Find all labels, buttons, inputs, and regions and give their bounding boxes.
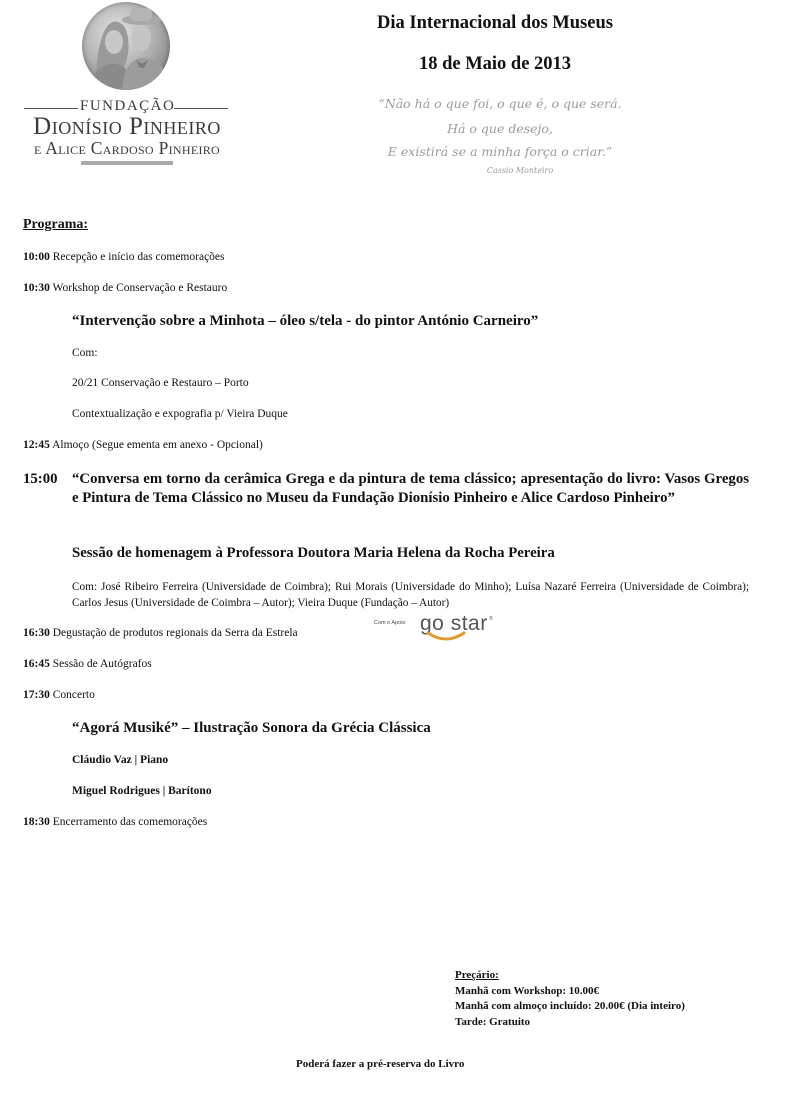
item-time: 10:00 [23, 251, 50, 263]
item-time: 16:30 [23, 627, 50, 639]
logo-underline-bar [81, 161, 173, 165]
logo-rule-left [24, 108, 78, 109]
workshop-title: “Intervenção sobre a Minhota – óleo s/te… [72, 313, 538, 330]
concert-performer: Cláudio Vaz | Piano [72, 754, 168, 766]
event-date: 18 de Maio de 2013 [330, 54, 660, 75]
smile-logo-icon [426, 631, 466, 643]
item-time: 12:45 [23, 439, 50, 451]
sponsor-label: Com o Apoio [374, 620, 406, 626]
item-time: 18:30 [23, 816, 50, 828]
item-text: Concerto [53, 689, 95, 701]
talk-time: 15:00 [23, 470, 58, 489]
pricing-block: Preçário: Manhã com Workshop: 10.00€ Man… [455, 968, 685, 1030]
talk-participants: Com: José Ribeiro Ferreira (Universidade… [72, 579, 749, 611]
concert-title: “Agorá Musiké” – Ilustração Sonora da Gr… [72, 720, 431, 737]
registered-mark: ® [489, 616, 493, 622]
item-time: 17:30 [23, 689, 50, 701]
pricing-line: Manhã com almoço incluído: 20.00€ (Dia i… [455, 999, 685, 1015]
workshop-partner: 20/21 Conservação e Restauro – Porto [72, 377, 249, 389]
program-item: 17:30 Concerto [23, 689, 95, 701]
item-text: Recepção e início das comemorações [53, 251, 225, 263]
quote-author: Cassio Monteiro [480, 166, 560, 175]
logo-rule-right [174, 108, 228, 109]
program-item: 18:30 Encerramento das comemorações [23, 816, 207, 828]
workshop-com-label: Com: [72, 347, 98, 359]
concert-performer: Miguel Rodrigues | Barítono [72, 785, 212, 797]
program-item: 10:30 Workshop de Conservação e Restauro [23, 282, 227, 294]
program-item: 10:00 Recepção e início das comemorações [23, 251, 225, 263]
book-preorder-note: Poderá fazer a pré-reserva do Livro [296, 1058, 464, 1070]
item-text: Encerramento das comemorações [53, 816, 208, 828]
talk-item: 15:00 “Conversa em torno da cerâmica Gre… [23, 470, 749, 507]
logo-name-line1: Dionísio Pinheiro [20, 113, 234, 141]
item-text: Almoço (Segue ementa em anexo - Opcional… [52, 439, 263, 451]
program-heading: Programa: [23, 217, 88, 233]
pricing-heading: Preçário: [455, 968, 685, 984]
pricing-line: Tarde: Gratuito [455, 1015, 685, 1031]
homage-session: Sessão de homenagem à Professora Doutora… [72, 545, 555, 562]
page-title: Dia Internacional dos Museus [330, 13, 660, 34]
item-time: 10:30 [23, 282, 50, 294]
medallion-logo-icon [82, 2, 170, 90]
talk-text: “Conversa em torno da cerâmica Grega e d… [72, 470, 749, 507]
portrait-medallion-icon [82, 2, 170, 90]
item-text: Degustação de produtos regionais da Serr… [53, 627, 298, 639]
item-text: Workshop de Conservação e Restauro [53, 282, 228, 294]
pricing-line: Manhã com Workshop: 10.00€ [455, 984, 685, 1000]
logo-name-line2: e Alice Cardoso Pinheiro [20, 138, 234, 158]
quote-line-3: E existirá se a minha força o criar.” [370, 144, 630, 159]
program-item: 16:30 Degustação de produtos regionais d… [23, 627, 298, 639]
item-time: 16:45 [23, 658, 50, 670]
program-item: 12:45 Almoço (Segue ementa em anexo - Op… [23, 439, 263, 451]
program-item: 16:45 Sessão de Autógrafos [23, 658, 152, 670]
workshop-context: Contextualização e expografia p/ Vieira … [72, 408, 288, 420]
quote-line-2: Há o que desejo, [370, 121, 630, 136]
item-text: Sessão de Autógrafos [53, 658, 152, 670]
quote-line-1: “Não há o que foi, o que é, o que será. [370, 96, 630, 111]
